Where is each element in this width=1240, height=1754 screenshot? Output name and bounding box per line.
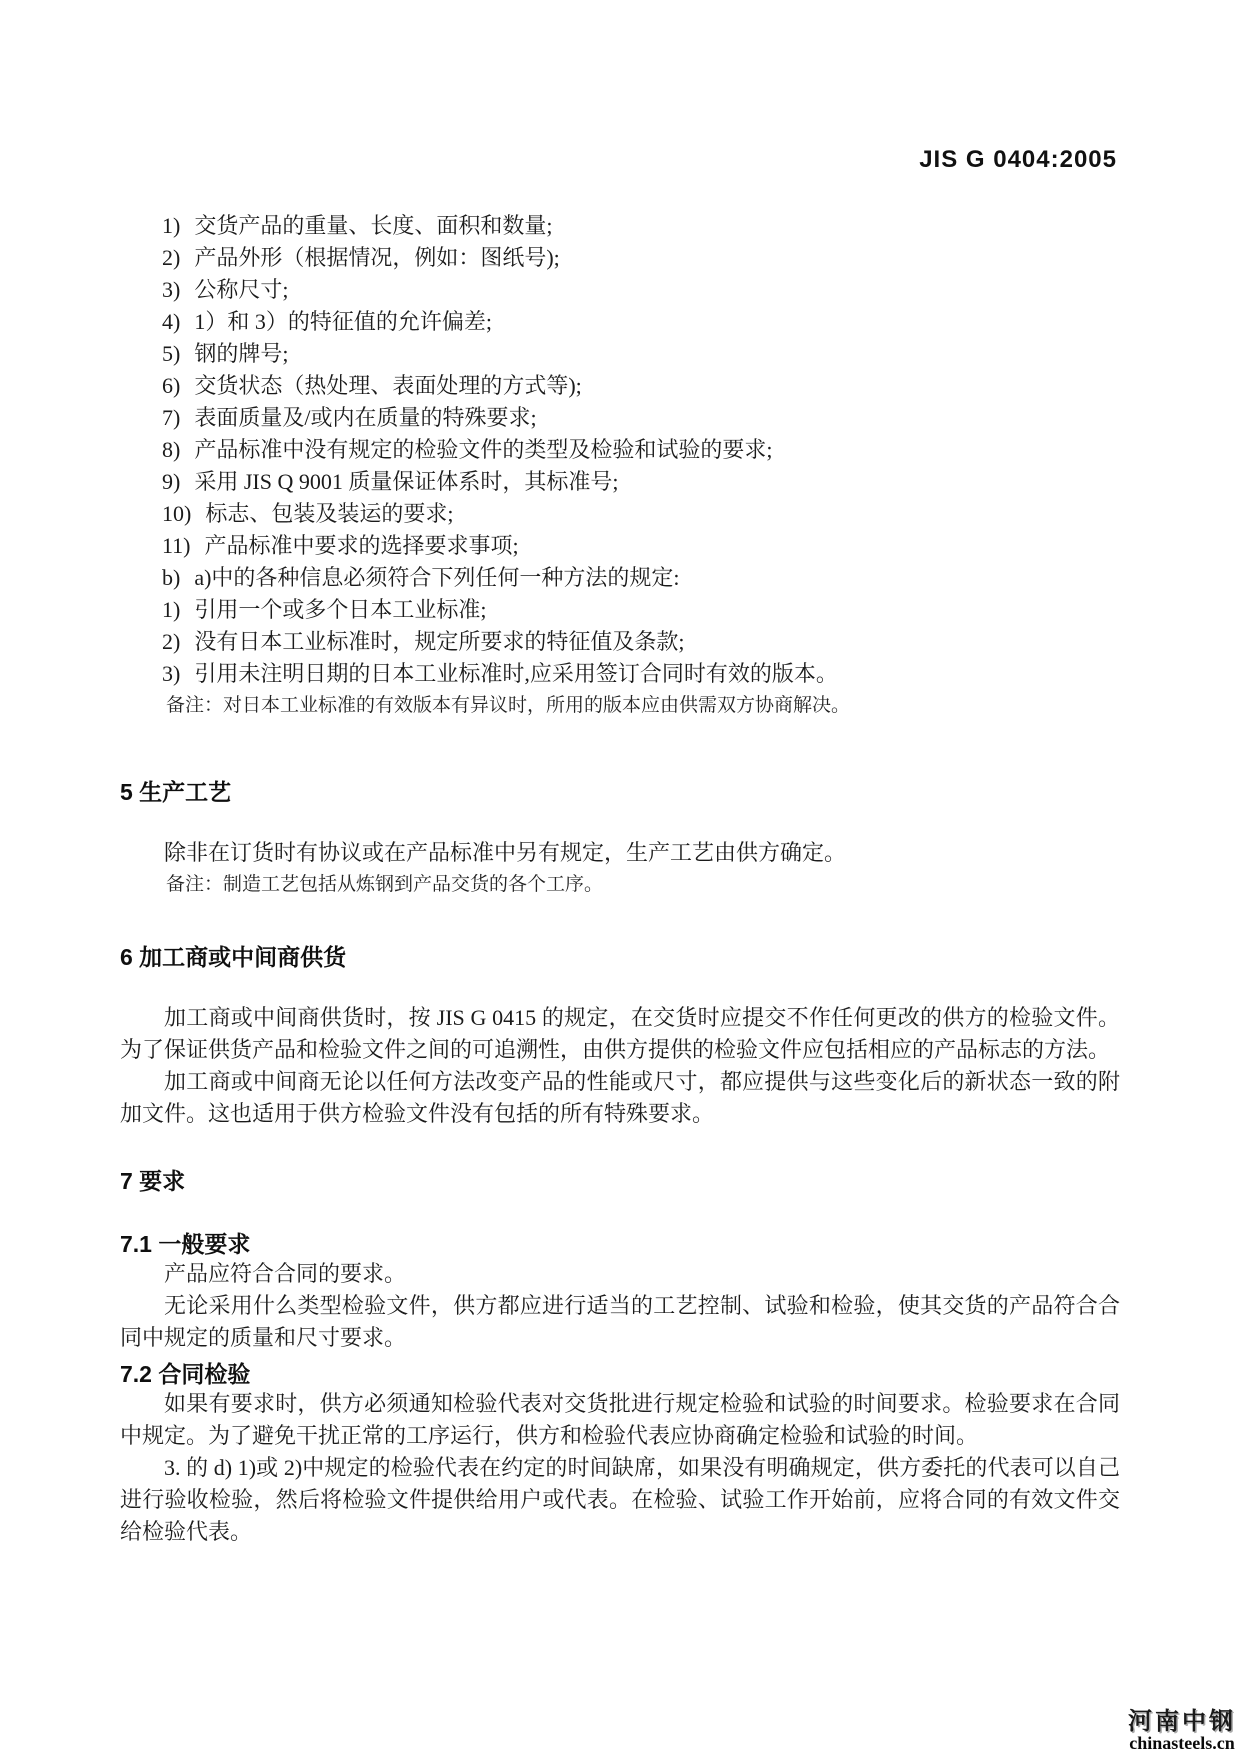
- list-item-text: 交货产品的重量、长度、面积和数量;: [194, 213, 552, 238]
- list-item: 10)标志、包装及装运的要求;: [162, 498, 1120, 530]
- list-item: 2)产品外形（根据情况，例如：图纸号);: [162, 242, 1120, 274]
- list-item: 4)1）和 3）的特征值的允许偏差;: [162, 306, 1120, 338]
- section-5-heading: 5 生产工艺: [120, 777, 1120, 807]
- list-item: b)a)中的各种信息必须符合下列任何一种方法的规定:: [162, 562, 1120, 594]
- list-item-text: 1）和 3）的特征值的允许偏差;: [194, 309, 492, 334]
- list-item-text: 交货状态（热处理、表面处理的方式等);: [194, 373, 581, 398]
- section-7-2-paragraph-1: 如果有要求时，供方必须通知检验代表对交货批进行规定检验和试验的时间要求。检验要求…: [120, 1388, 1120, 1452]
- list-item: 5)钢的牌号;: [162, 338, 1120, 370]
- section-5-paragraph: 除非在订货时有协议或在产品标准中另有规定，生产工艺由供方确定。: [120, 837, 1120, 869]
- section-7-1-paragraph-1: 产品应符合合同的要求。: [120, 1258, 1120, 1290]
- section-6-paragraph-1: 加工商或中间商供货时，按 JIS G 0415 的规定，在交货时应提交不作任何更…: [120, 1002, 1120, 1066]
- section-6-paragraph-2: 加工商或中间商无论以任何方法改变产品的性能或尺寸，都应提供与这些变化后的新状态一…: [120, 1066, 1120, 1130]
- page-content: 1)交货产品的重量、长度、面积和数量; 2)产品外形（根据情况，例如：图纸号);…: [120, 0, 1120, 1548]
- list-item-text: 没有日本工业标准时，规定所要求的特征值及条款;: [194, 629, 684, 654]
- section-7-1-heading: 7.1 一般要求: [120, 1230, 1120, 1258]
- watermark: 河南中钢 chinasteels.cn: [1128, 1709, 1236, 1752]
- watermark-cn-logo: 河南中钢: [1128, 1709, 1236, 1733]
- list-item-text: 采用 JIS Q 9001 质量保证体系时，其标准号;: [194, 469, 618, 494]
- list-item: 2)没有日本工业标准时，规定所要求的特征值及条款;: [162, 626, 1120, 658]
- list-item-text: 表面质量及/或内在质量的特殊要求;: [194, 405, 536, 430]
- document-page: JIS G 0404:2005 1)交货产品的重量、长度、面积和数量; 2)产品…: [0, 0, 1240, 1754]
- list-item-text: 产品外形（根据情况，例如：图纸号);: [194, 245, 559, 270]
- list-item-num: 5): [162, 338, 180, 370]
- list-item: 7)表面质量及/或内在质量的特殊要求;: [162, 402, 1120, 434]
- list-item-text: 引用一个或多个日本工业标准;: [194, 597, 486, 622]
- list-item-text: 引用未注明日期的日本工业标准时,应采用签订合同时有效的版本。: [194, 661, 838, 686]
- section-7-1-paragraph-2: 无论采用什么类型检验文件，供方都应进行适当的工艺控制、试验和检验，使其交货的产品…: [120, 1290, 1120, 1354]
- ordering-info-list: 1)交货产品的重量、长度、面积和数量; 2)产品外形（根据情况，例如：图纸号);…: [120, 210, 1120, 690]
- list-item-num: 1): [162, 210, 180, 242]
- section-5-note: 备注：制造工艺包括从炼钢到产品交货的各个工序。: [120, 871, 1120, 898]
- list-item-text: 公称尺寸;: [194, 277, 288, 302]
- list-item: 3)引用未注明日期的日本工业标准时,应采用签订合同时有效的版本。: [162, 658, 1120, 690]
- list-item-num: 2): [162, 626, 180, 658]
- list-item-num: 7): [162, 402, 180, 434]
- list-note: 备注：对日本工业标准的有效版本有异议时，所用的版本应由供需双方协商解决。: [120, 692, 1120, 719]
- section-7-2-paragraph-2: 3. 的 d) 1)或 2)中规定的检验代表在约定的时间缺席，如果没有明确规定，…: [120, 1452, 1120, 1548]
- watermark-domain-text: chinasteels.cn: [1128, 1734, 1236, 1752]
- list-item-num: b): [162, 562, 180, 594]
- list-item-num: 3): [162, 274, 180, 306]
- list-item-num: 3): [162, 658, 180, 690]
- list-item-num: 9): [162, 466, 180, 498]
- list-item-num: 10): [162, 498, 191, 530]
- section-7-2-heading: 7.2 合同检验: [120, 1360, 1120, 1388]
- list-item: 6)交货状态（热处理、表面处理的方式等);: [162, 370, 1120, 402]
- section-6-heading: 6 加工商或中间商供货: [120, 942, 1120, 972]
- list-item-text: 标志、包装及装运的要求;: [205, 501, 453, 526]
- list-item-text: 产品标准中要求的选择要求事项;: [205, 533, 519, 558]
- list-item-num: 6): [162, 370, 180, 402]
- list-item: 11)产品标准中要求的选择要求事项;: [162, 530, 1120, 562]
- list-item-num: 11): [162, 530, 191, 562]
- list-item-num: 8): [162, 434, 180, 466]
- list-item: 1)交货产品的重量、长度、面积和数量;: [162, 210, 1120, 242]
- list-item-text: 产品标准中没有规定的检验文件的类型及检验和试验的要求;: [194, 437, 772, 462]
- list-item-num: 2): [162, 242, 180, 274]
- list-item: 1)引用一个或多个日本工业标准;: [162, 594, 1120, 626]
- list-item: 9)采用 JIS Q 9001 质量保证体系时，其标准号;: [162, 466, 1120, 498]
- list-item-text: 钢的牌号;: [194, 341, 288, 366]
- list-item: 3)公称尺寸;: [162, 274, 1120, 306]
- list-item-num: 4): [162, 306, 180, 338]
- list-item-num: 1): [162, 594, 180, 626]
- section-7-heading: 7 要求: [120, 1166, 1120, 1196]
- list-item-text: a)中的各种信息必须符合下列任何一种方法的规定:: [194, 565, 679, 590]
- list-item: 8)产品标准中没有规定的检验文件的类型及检验和试验的要求;: [162, 434, 1120, 466]
